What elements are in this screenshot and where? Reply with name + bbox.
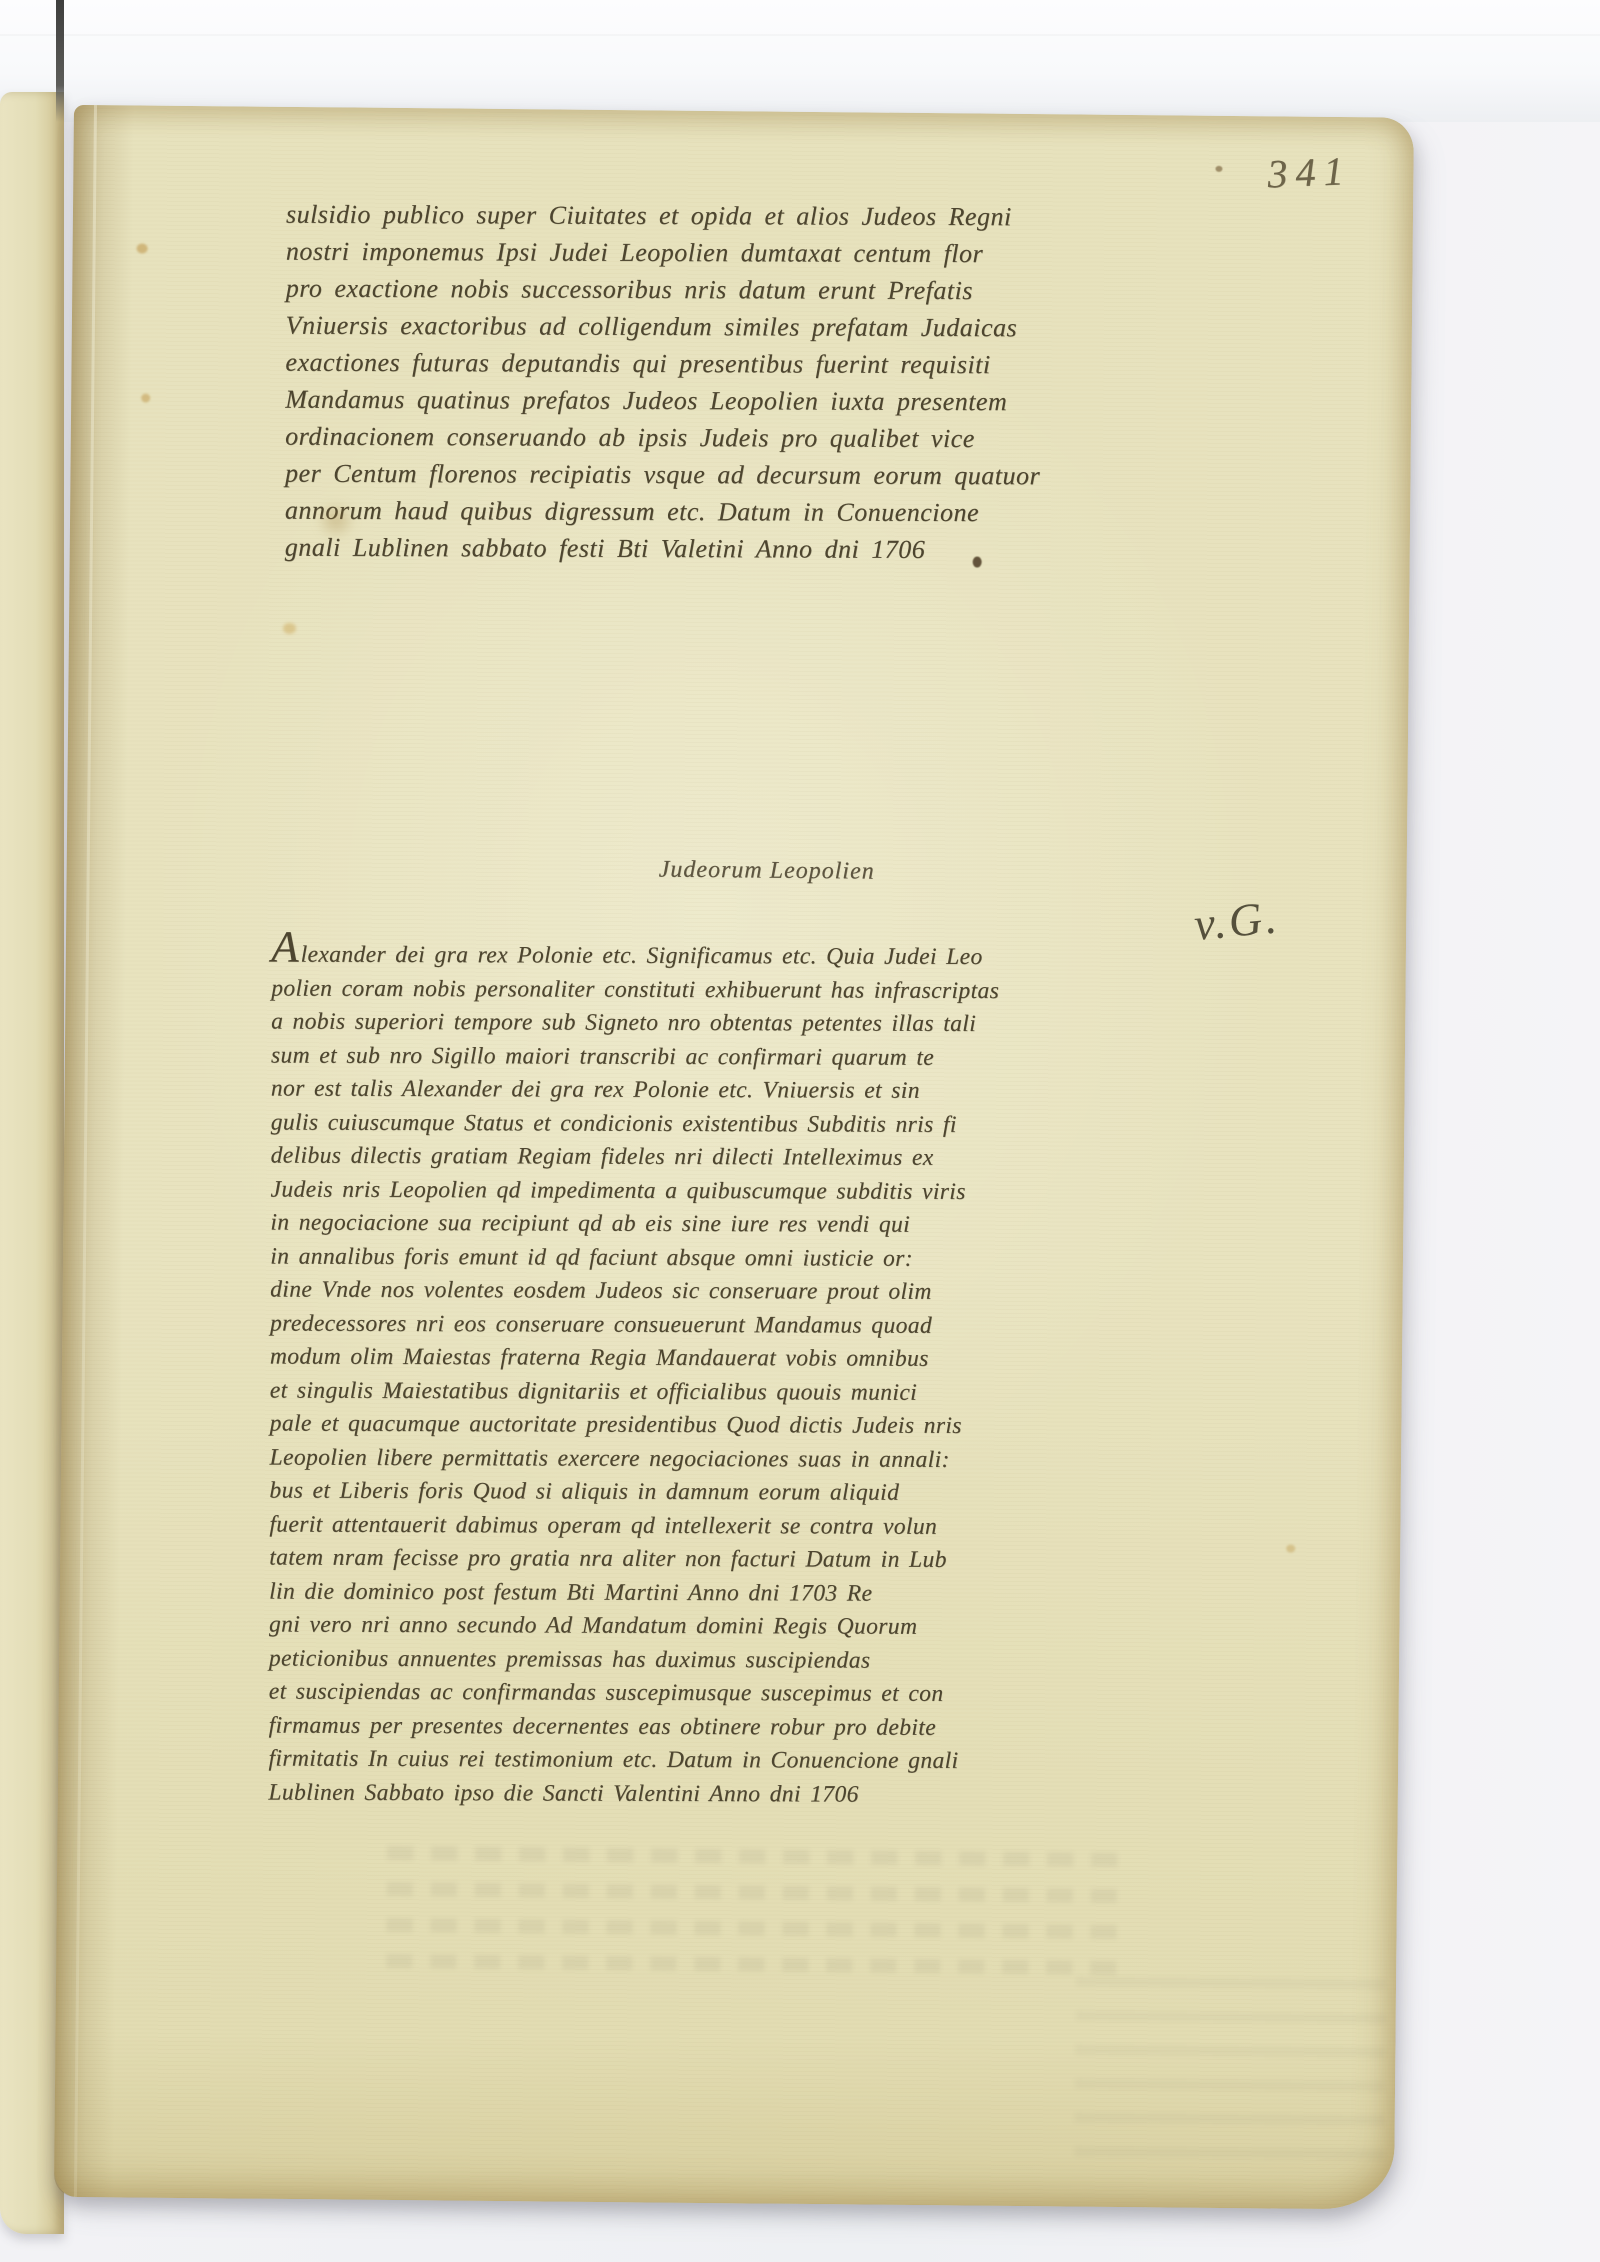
backing-sheet	[0, 0, 1600, 122]
text-line: nor est talis Alexander dei gra rex Polo…	[271, 1073, 1163, 1110]
text-line: Mandamus quatinus prefatos Judeos Leopol…	[285, 381, 1197, 421]
text-line: firmitatis In cuius rei testimonium etc.…	[268, 1743, 1160, 1780]
folio-number: 341	[1266, 147, 1352, 198]
foxing-spot	[1286, 1545, 1295, 1553]
text-line: predecessores nri eos conseruare consueu…	[270, 1307, 1162, 1344]
scan-canvas: 341 sulsidio publico super Ciuitates et …	[0, 0, 1600, 2262]
text-line: sum et sub nro Sigillo maiori transcribi…	[271, 1039, 1163, 1076]
text-line: tatem nram fecisse pro gratia nra aliter…	[269, 1542, 1161, 1579]
foxing-spot	[137, 243, 148, 253]
text-line: per Centum florenos recipiatis vsque ad …	[285, 455, 1197, 495]
text-line: Judeis nris Leopolien qd impedimenta a q…	[270, 1173, 1162, 1210]
text-line: in negociacione sua recipiunt qd ab eis …	[270, 1207, 1162, 1244]
ink-speck	[1215, 166, 1222, 172]
text-line: et singulis Maiestatibus dignitariis et …	[270, 1374, 1162, 1411]
text-line: delibus dilectis gratiam Regiam fideles …	[271, 1140, 1163, 1177]
text-line: ordinacionem conseruando ab ipsis Judeis…	[285, 418, 1197, 458]
text-line: nostri imponemus Ipsi Judei Leopolien du…	[286, 233, 1198, 273]
text-line: annorum haud quibus digressum etc. Datum…	[285, 492, 1197, 532]
verso-show-through	[386, 1846, 1127, 1997]
margin-note: v.G.	[1192, 890, 1282, 951]
text-line: pale et quacumque auctoritate presidenti…	[270, 1408, 1162, 1445]
text-line: dine Vnde nos volentes eosdem Judeos sic…	[270, 1274, 1162, 1311]
verso-show-through	[1074, 1967, 1386, 2160]
text-line: Leopolien libere permittatis exercere ne…	[270, 1441, 1162, 1478]
text-block-entry1: sulsidio publico super Ciuitates et opid…	[285, 196, 1198, 569]
text-line: sulsidio publico super Ciuitates et opid…	[286, 196, 1198, 236]
text-line: Alexander dei gra rex Polonie etc. Signi…	[271, 936, 1163, 976]
text-block-entry2: Alexander dei gra rex Polonie etc. Signi…	[268, 936, 1163, 1813]
text-line: in annalibus foris emunt id qd faciunt a…	[270, 1240, 1162, 1277]
text-line: bus et Liberis foris Quod si aliquis in …	[269, 1475, 1161, 1512]
text-line: exactiones futuras deputandis qui presen…	[285, 344, 1197, 384]
foxing-spot	[283, 623, 296, 634]
foxing-spot	[141, 394, 150, 403]
text-line: et suscipiendas ac confirmandas suscepim…	[269, 1676, 1161, 1713]
binding-cord	[56, 0, 64, 122]
text-line: modum olim Maiestas fraterna Regia Manda…	[270, 1341, 1162, 1378]
text-line: Lublinen Sabbato ipso die Sancti Valenti…	[268, 1776, 1160, 1813]
text-line: firmamus per presentes decernentes eas o…	[269, 1709, 1161, 1746]
text-line: fuerit attentauerit dabimus operam qd in…	[269, 1508, 1161, 1545]
gutter-shadow	[54, 105, 134, 2197]
text-line: gnali Lublinen sabbato festi Bti Valetin…	[285, 529, 1197, 569]
text-line: a nobis superiori tempore sub Signeto nr…	[271, 1006, 1163, 1043]
text-line: lin die dominico post festum Bti Martini…	[269, 1575, 1161, 1612]
manuscript-page: 341 sulsidio publico super Ciuitates et …	[54, 105, 1414, 2210]
text-line: peticionibus annuentes premissas has dux…	[269, 1642, 1161, 1679]
text-line: gni vero nri anno secundo Ad Mandatum do…	[269, 1609, 1161, 1646]
text-line: Vniuersis exactoribus ad colligendum sim…	[286, 307, 1198, 347]
section-heading: Judeorum Leopolien	[547, 855, 987, 886]
text-line: polien coram nobis personaliter constitu…	[271, 972, 1163, 1009]
text-line: gulis cuiuscumque Status et condicionis …	[271, 1106, 1163, 1143]
text-line: pro exactione nobis successoribus nris d…	[286, 270, 1198, 310]
previous-page-edge	[0, 92, 64, 2234]
